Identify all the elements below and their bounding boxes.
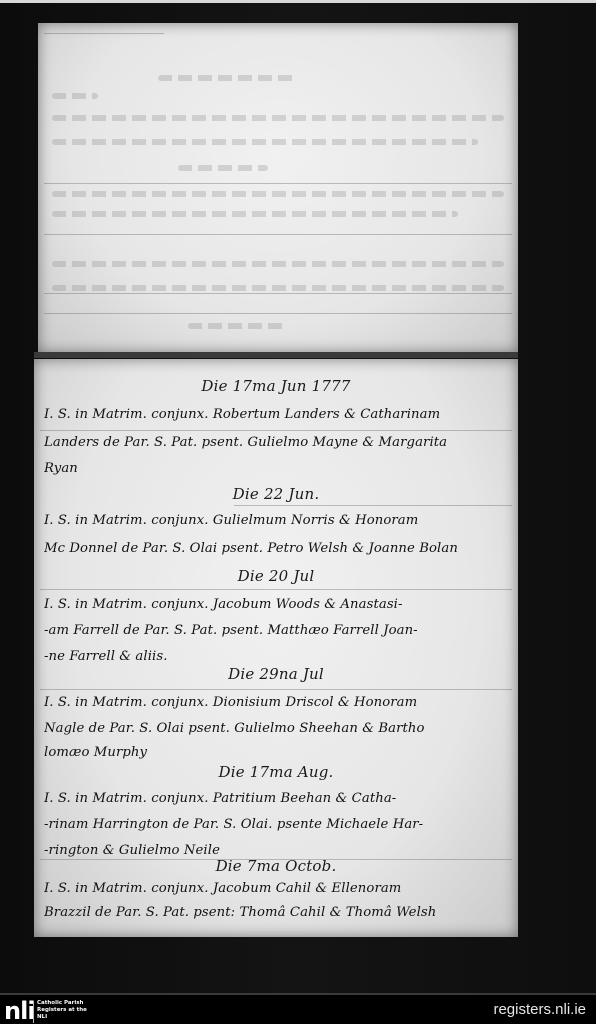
- logo-divider: [33, 1001, 34, 1023]
- ruled-line: [44, 313, 512, 314]
- entry-text-line: I. S. in Matrim. conjunx. Gulielmum Norr…: [44, 513, 510, 528]
- entry-text-line: -am Farrell de Par. S. Pat. psent. Matth…: [44, 623, 510, 638]
- faded-text-line: [188, 323, 288, 329]
- ruled-line: [40, 430, 512, 431]
- faded-text-line: [52, 139, 478, 145]
- entry-date: Die 17ma Aug.: [34, 763, 518, 781]
- entry-text-line: I. S. in Matrim. conjunx. Patritium Beeh…: [44, 791, 510, 806]
- upper-page-faded: [38, 23, 518, 353]
- faded-text-line: [52, 261, 504, 267]
- entry-text-line: Brazzil de Par. S. Pat. psent: Thomâ Cah…: [44, 905, 510, 920]
- ruled-line: [40, 689, 512, 690]
- image-viewer[interactable]: Die 17ma Jun 1777 I. S. in Matrim. conju…: [0, 3, 596, 993]
- entry-text-line: -rinam Harrington de Par. S. Olai. psent…: [44, 817, 510, 832]
- entry-text-line: Mc Donnel de Par. S. Olai psent. Petro W…: [44, 541, 510, 556]
- faded-text-line: [52, 191, 504, 197]
- entry-text-line: -ne Farrell & aliis.: [44, 649, 510, 664]
- logo-subtitle: Catholic Parish Registers at the NLI: [37, 1000, 97, 1021]
- entry-text-line: lomæo Murphy: [44, 745, 510, 760]
- faded-text-line: [52, 285, 504, 291]
- footer-bar: nli Catholic Parish Registers at the NLI…: [0, 993, 596, 1024]
- entry-text-line: I. S. in Matrim. conjunx. Jacobum Cahil …: [44, 881, 510, 896]
- entry-date: Die 20 Jul: [34, 567, 518, 585]
- entry-date: Die 22 Jun.: [34, 485, 518, 503]
- ruled-line: [40, 589, 512, 590]
- ruled-line: [234, 505, 512, 506]
- faded-text-line: [158, 75, 298, 81]
- entry-date: Die 17ma Jun 1777: [34, 377, 518, 395]
- entry-date: Die 29na Jul: [34, 665, 518, 683]
- ruled-line: [44, 234, 512, 235]
- entry-text-line: -rington & Gulielmo Neile: [44, 843, 510, 858]
- entry-text-line: I. S. in Matrim. conjunx. Jacobum Woods …: [44, 597, 510, 612]
- ruled-line: [44, 293, 512, 294]
- faded-text-line: [52, 211, 458, 217]
- entry-text-line: I. S. in Matrim. conjunx. Dionisium Dris…: [44, 695, 510, 710]
- entry-text-line: Nagle de Par. S. Olai psent. Gulielmo Sh…: [44, 721, 510, 736]
- entry-date: Die 7ma Octob.: [34, 857, 518, 875]
- register-page: Die 17ma Jun 1777 I. S. in Matrim. conju…: [34, 359, 518, 937]
- ruled-line: [44, 183, 512, 184]
- entry-text-line: Ryan: [44, 461, 510, 476]
- entry-text-line: I. S. in Matrim. conjunx. Robertum Lande…: [44, 407, 510, 422]
- faded-text-line: [178, 165, 268, 171]
- nli-logo[interactable]: nli: [4, 999, 35, 1023]
- faded-text-line: [52, 93, 98, 99]
- page-fold-shadow: [34, 352, 518, 358]
- faded-text-line: [52, 115, 504, 121]
- entry-text-line: Landers de Par. S. Pat. psent. Gulielmo …: [44, 435, 510, 450]
- ruled-line: [44, 33, 164, 34]
- site-url-link[interactable]: registers.nli.ie: [493, 1001, 586, 1018]
